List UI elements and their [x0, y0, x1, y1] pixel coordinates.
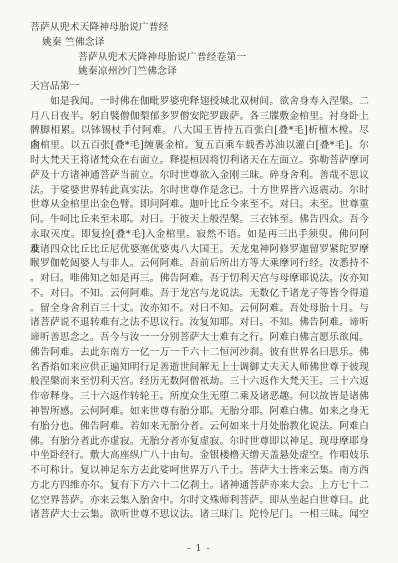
- text-block: 菩萨从兜术天降神母胎说广普经 姚秦 竺佛念译 菩萨从兜术天降神母胎说广普经卷第一…: [30, 21, 369, 523]
- body-line: 中坐卧经行。敷大高座纵广八十由旬。金银楼橹天缯天盖悬处虚空。作唱妓乐: [30, 449, 369, 464]
- body-line: 佛。有胎分者此亦虚寂。无胎分者亦复虚寂。尔时世尊即以神足。现母摩耶身: [30, 435, 369, 450]
- volume-title: 菩萨从兜术天降神母胎说广普经卷第一: [30, 51, 369, 66]
- body-line: 问。牛呞比丘来至未耶。对曰。于彼天上般涅槃。三衣钵至。佛告四众。吾今: [30, 213, 369, 228]
- body-line: 永取灭度。即复捡[叠*毛]入金棺里。寂然不语。如是再三出手须臾。佛问阿难: [30, 228, 369, 243]
- body-line: 般涅槃而来至忉利天宫。经历无数阿僧祇劫。三十六返作大梵天王。三十六返: [30, 375, 369, 390]
- body-line: 法。于娑婆世界转此真实法。尔时世尊作是念已。十方世界皆六返震动。尔时: [30, 184, 369, 199]
- body-line: 佛告阿难。去此东南方一亿一万一千六十二恒河沙刹。彼有世界名曰思乐。佛: [30, 346, 369, 361]
- body-line: 。留全身舍利百三十丈。汝亦知不。对曰不知。云何阿难。吾处母胎十月。与: [30, 302, 369, 317]
- body-line: 及诸四众比丘比丘尼优婆塞优婆夷八大国王。天龙鬼神阿修罗迦留罗紧陀罗摩: [30, 243, 369, 258]
- body-line: 髀脚相累。以钵锡杖手付阿难。八大国王皆持五百张白[叠*毛]析檀木樘。尽内: [30, 124, 369, 139]
- body-line: 作帝释身。三十六返作转轮王。所度众生无堕二乘及诸恶趣。何以故皆是诸佛: [30, 390, 369, 405]
- body-line: 有胎分也。佛告阿难。若如来无胎分者。云何如来十月处胎教化说法。阿难白: [30, 420, 369, 435]
- chapter-title: 天宫品第一: [30, 80, 369, 95]
- body-line: 不可称计。复以神足东方去此娑呵世界万八千土。菩萨大士皆来云集。南方西: [30, 464, 369, 479]
- body-line: 月八日夜半。躬自襞僧伽梨郁多罗僧安陀罗跋萨。各三牒敷金棺里。衬身卧上: [30, 110, 369, 125]
- body-line: 世尊从金棺里出金色臂。即问阿难。迦叶比丘今来至不。对曰。未至。世尊重: [30, 198, 369, 213]
- body-line: 亿空界菩萨。亦来云集入胎舍中。尔时文殊师利菩萨。即从坐起白世尊曰。此: [30, 494, 369, 509]
- translator-short: 姚秦 竺佛念译: [30, 36, 369, 51]
- body-line: 。对曰。唯佛知之如是再三。佛告阿难。吾于忉利天宫与母摩耶说法。汝亦知: [30, 272, 369, 287]
- body-line: 睺罗伽乾闼婆人与非人。云何阿难。吾前后所出方等大乘摩诃行经。汝悉持不: [30, 257, 369, 272]
- body-line: 名香焰如来应供正遍知明行足善逝世间解无上士调御丈夫天人师佛世尊于彼现: [30, 361, 369, 376]
- body-line: 如是我闻。一时佛在伽毗罗婆兜释翅授城北双树间。欲舍身寿入涅槃。二: [30, 95, 369, 110]
- body-line: 神智所感。云何阿难。如来世尊有胎分耶。无胎分耶。阿难白佛。如来之身无: [30, 405, 369, 420]
- sutra-body: 如是我闻。一时佛在伽毗罗婆兜释翅授城北双树间。欲舍身寿入涅槃。二月八日夜半。躬自…: [30, 95, 369, 523]
- body-line: 金棺里。以五百张[叠*毛]缠裹金棺。复五百乘车载香苏油以灌白[叠*毛]。尔: [30, 139, 369, 154]
- body-line: 诸菩萨说不退转难有之法不思议行。汝复知耶。对曰。不知。佛告阿难。谛听: [30, 316, 369, 331]
- body-line: 诸菩萨大士云集。欲听世尊不思议法。诸三昧门。陀怜尼门。一相三昧。闻空: [30, 508, 369, 523]
- body-line: 不。对曰。不知。云何阿难。吾于龙宫与龙说法。无数亿千诸龙子等皆令得道: [30, 287, 369, 302]
- body-line: 方北方四维亦尔。复有下方六十二亿刹土。诸神通菩萨亦来大会。上方七十二: [30, 479, 369, 494]
- body-line: 萨及十方诸神通菩萨当前立。尔时世尊欲入金刚三昧。碎身舍利。善哉不思议: [30, 169, 369, 184]
- translator-full: 姚秦凉州沙门竺佛念译: [30, 65, 369, 80]
- page-number: - 1 -: [0, 543, 398, 554]
- body-line: 谛听善思念之。吾今与汝一一分别菩萨大士难有之行。阿难白佛言愿乐欲闻。: [30, 331, 369, 346]
- body-line: 时大梵天王将诸梵众在右面立。释提桓因将忉利诸天在左面立。弥勒菩萨摩诃: [30, 154, 369, 169]
- scripture-page: 菩萨从兜术天降神母胎说广普经 姚秦 竺佛念译 菩萨从兜术天降神母胎说广普经卷第一…: [0, 0, 398, 563]
- sutra-title: 菩萨从兜术天降神母胎说广普经: [30, 21, 369, 36]
